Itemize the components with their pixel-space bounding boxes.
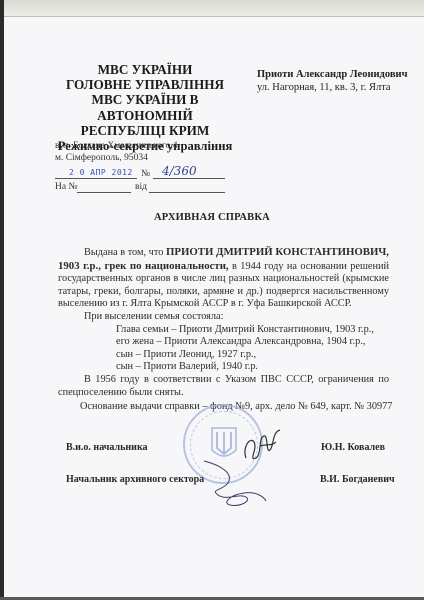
reference-line: На № від [55,182,225,195]
intro-text: Выдана в том, что [84,247,166,258]
address-line-2: м. Сімферополь, 95034 [55,152,180,164]
signer-2-name: В.И. Богданевич [320,474,395,485]
agency-line: РЕСПУБЛІЦІ КРИМ [50,123,240,138]
agency-line: ГОЛОВНЕ УПРАВЛІННЯ [50,77,240,92]
agency-line: МВС УКРАЇНИ В [50,92,240,107]
ref-date-underline [149,182,225,193]
signer-1-name: Ю.Н. Ковалев [321,442,385,453]
number-label: № [141,169,150,179]
signer-1-position: В.и.о. начальника [66,442,148,453]
paragraph-restrictions: В 1956 году в соответствии с Указом ПВС … [58,374,389,399]
recipient-name: Приоти Александр Леонидович [257,69,408,82]
official-seal [183,404,263,484]
trident-icon [210,426,238,462]
document-title: АРХИВНАЯ СПРАВКА [0,212,424,223]
family-member: сын – Приоти Леонид, 1927 г.р., [116,349,389,362]
paragraph-main: Выдана в том, что ПРИОТИ ДМИТРИЙ КОНСТАН… [58,246,389,311]
sender-address: вул. Богдана Хмельницького,4, м. Сімферо… [55,140,180,164]
family-member: сын – Приоти Валерий, 1940 г.р. [116,361,389,374]
scan-left-edge [0,0,4,600]
signer-2-position: Начальник архивного сектора [66,474,204,485]
recipient-block: Приоти Александр Леонидович ул. Нагорная… [257,69,408,94]
family-member: его жена – Приоти Александра Александров… [116,336,389,349]
registration-line: 2 0 АПР 2012 № 4/360 [55,168,225,181]
agency-line: МВС УКРАЇНИ [50,62,240,77]
recipient-address: ул. Нагорная, 11, кв. 3, г. Ялта [257,82,408,95]
family-member: Глава семьи – Приоти Дмитрий Константино… [116,324,389,337]
agency-line: АВТОНОМНІЙ [50,108,240,123]
date-stamp: 2 0 АПР 2012 [69,168,133,177]
scan-top-edge [0,0,424,17]
family-list: Глава семьи – Приоти Дмитрий Константино… [58,324,389,374]
handwritten-number: 4/360 [162,164,197,178]
ref-from-label: від [135,182,147,192]
ref-underline [77,182,131,193]
document-body: Выдана в том, что ПРИОТИ ДМИТРИЙ КОНСТАН… [58,246,389,399]
family-heading: При выселении семья состояла: [58,311,389,324]
address-line-1: вул. Богдана Хмельницького,4, [55,140,180,152]
ref-label: На № [55,182,78,192]
